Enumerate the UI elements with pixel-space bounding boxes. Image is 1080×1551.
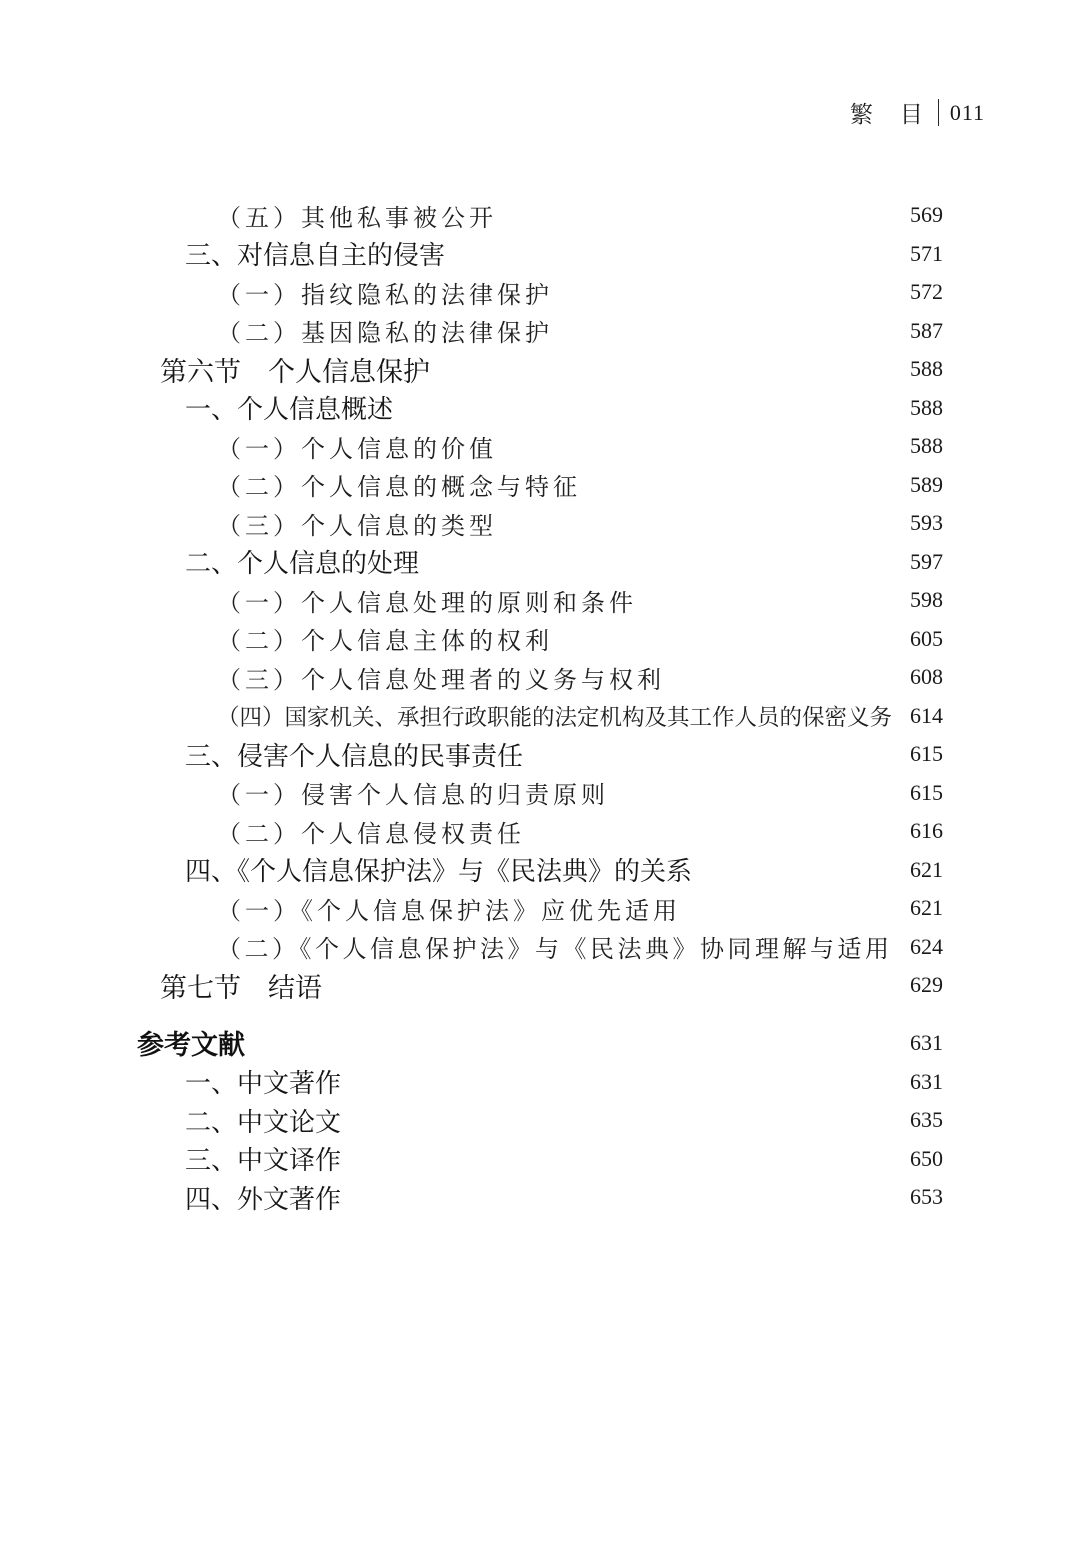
toc-entry: （一）个人信息的价值588 <box>0 427 1080 466</box>
toc-entry-label: 参考文献 <box>0 1023 245 1062</box>
toc-entry-page: 653 <box>902 1184 943 1210</box>
toc-entry: （二）个人信息主体的权利605 <box>0 620 1080 659</box>
toc-entry-page: 597 <box>902 549 943 575</box>
toc-entry-page: 598 <box>902 587 943 613</box>
toc-entry-page: 588 <box>902 395 943 421</box>
toc-entry-page: 615 <box>902 741 943 767</box>
toc-entry-label: 三、中文译作 <box>0 1140 341 1177</box>
toc-entry-page: 624 <box>902 934 943 960</box>
toc-entry: 参考文献631 <box>0 1023 1080 1063</box>
toc-entry-label: （五）其他私事被公开 <box>0 198 497 233</box>
toc-entry-label: （二）个人信息主体的权利 <box>0 621 553 656</box>
toc-entry-page: 616 <box>902 818 943 844</box>
running-title: 繁 目 <box>850 96 925 129</box>
header-divider <box>938 99 939 126</box>
toc-entry-label: （一）侵害个人信息的归责原则 <box>0 775 609 810</box>
toc-entry-page: 588 <box>902 356 943 382</box>
book-toc-page: 繁 目 011 （五）其他私事被公开569三、对信息自主的侵害571（一）指纹隐… <box>0 0 1080 1551</box>
toc-entry-label: （一）《个人信息保护法》应优先适用 <box>0 891 681 926</box>
toc-entry-page: 621 <box>902 895 943 921</box>
toc-entry: 二、个人信息的处理597 <box>0 543 1080 582</box>
toc-entry-label: （二）个人信息侵权责任 <box>0 814 525 849</box>
toc-entry: （四）国家机关、承担行政职能的法定机构及其工作人员的保密义务614 <box>0 697 1080 736</box>
toc-entry: （一）《个人信息保护法》应优先适用621 <box>0 889 1080 928</box>
running-header: 繁 目 011 <box>850 96 985 129</box>
toc-entry-page: 605 <box>902 626 943 652</box>
toc-list: （五）其他私事被公开569三、对信息自主的侵害571（一）指纹隐私的法律保护57… <box>0 196 1080 1217</box>
page-number: 011 <box>950 100 985 126</box>
toc-entry: 第六节 个人信息保护588 <box>0 350 1080 389</box>
toc-entry-page: 615 <box>902 780 943 806</box>
toc-entry-page: 631 <box>902 1069 943 1095</box>
toc-entry-label: （四）国家机关、承担行政职能的法定机构及其工作人员的保密义务 <box>0 700 892 732</box>
toc-entry-label: 第七节 结语 <box>0 966 322 1005</box>
toc-entry-label: （一）个人信息处理的原则和条件 <box>0 583 637 618</box>
toc-entry-label: 三、侵害个人信息的民事责任 <box>0 736 523 773</box>
toc-entry: 四、外文著作653 <box>0 1178 1080 1217</box>
toc-entry-page: 589 <box>902 472 943 498</box>
toc-entry: （一）侵害个人信息的归责原则615 <box>0 774 1080 813</box>
toc-entry-page: 629 <box>902 972 943 998</box>
toc-entry-label: （二）基因隐私的法律保护 <box>0 313 553 348</box>
toc-entry-page: 621 <box>902 857 943 883</box>
toc-entry: （一）个人信息处理的原则和条件598 <box>0 581 1080 620</box>
toc-entry-page: 608 <box>902 664 943 690</box>
toc-entry-label: 四、外文著作 <box>0 1179 341 1216</box>
toc-entry-label: 四、《个人信息保护法》与《民法典》的关系 <box>0 851 692 888</box>
toc-entry-label: （三）个人信息处理者的义务与权利 <box>0 660 665 695</box>
toc-entry: 一、个人信息概述588 <box>0 389 1080 428</box>
toc-entry-page: 588 <box>902 433 943 459</box>
toc-entry: （三）个人信息的类型593 <box>0 504 1080 543</box>
toc-entry-page: 587 <box>902 318 943 344</box>
toc-entry: 第七节 结语629 <box>0 966 1080 1005</box>
toc-entry-label: 二、中文论文 <box>0 1102 341 1139</box>
toc-entry: （一）指纹隐私的法律保护572 <box>0 273 1080 312</box>
toc-entry: 二、中文论文635 <box>0 1101 1080 1140</box>
toc-entry: 三、中文译作650 <box>0 1140 1080 1179</box>
toc-entry-page: 635 <box>902 1107 943 1133</box>
toc-entry-page: 569 <box>902 202 943 228</box>
toc-entry: （二）个人信息侵权责任616 <box>0 812 1080 851</box>
toc-entry: （二）个人信息的概念与特征589 <box>0 466 1080 505</box>
toc-entry-page: 650 <box>902 1146 943 1172</box>
toc-entry: 四、《个人信息保护法》与《民法典》的关系621 <box>0 851 1080 890</box>
toc-entry-label: （三）个人信息的类型 <box>0 506 497 541</box>
toc-entry-page: 593 <box>902 510 943 536</box>
toc-entry-page: 571 <box>902 241 943 267</box>
toc-entry-label: （一）个人信息的价值 <box>0 429 497 464</box>
toc-entry-label: （二）《个人信息保护法》与《民法典》协同理解与适用 <box>0 929 893 964</box>
toc-entry: 三、侵害个人信息的民事责任615 <box>0 735 1080 774</box>
toc-entry-label: 三、对信息自主的侵害 <box>0 235 445 272</box>
toc-entry: 三、对信息自主的侵害571 <box>0 235 1080 274</box>
toc-entry-label: 二、个人信息的处理 <box>0 543 419 580</box>
toc-entry-label: （二）个人信息的概念与特征 <box>0 467 581 502</box>
toc-entry: 一、中文著作631 <box>0 1063 1080 1102</box>
toc-entry-page: 631 <box>902 1030 943 1056</box>
toc-entry: （三）个人信息处理者的义务与权利608 <box>0 658 1080 697</box>
toc-entry: （五）其他私事被公开569 <box>0 196 1080 235</box>
toc-entry-page: 572 <box>902 279 943 305</box>
toc-entry-label: （一）指纹隐私的法律保护 <box>0 275 553 310</box>
toc-entry-label: 第六节 个人信息保护 <box>0 350 430 389</box>
toc-entry-page: 614 <box>902 703 943 729</box>
toc-entry-label: 一、中文著作 <box>0 1063 341 1100</box>
toc-entry: （二）基因隐私的法律保护587 <box>0 312 1080 351</box>
toc-entry: （二）《个人信息保护法》与《民法典》协同理解与适用624 <box>0 928 1080 967</box>
toc-entry-label: 一、个人信息概述 <box>0 389 393 426</box>
